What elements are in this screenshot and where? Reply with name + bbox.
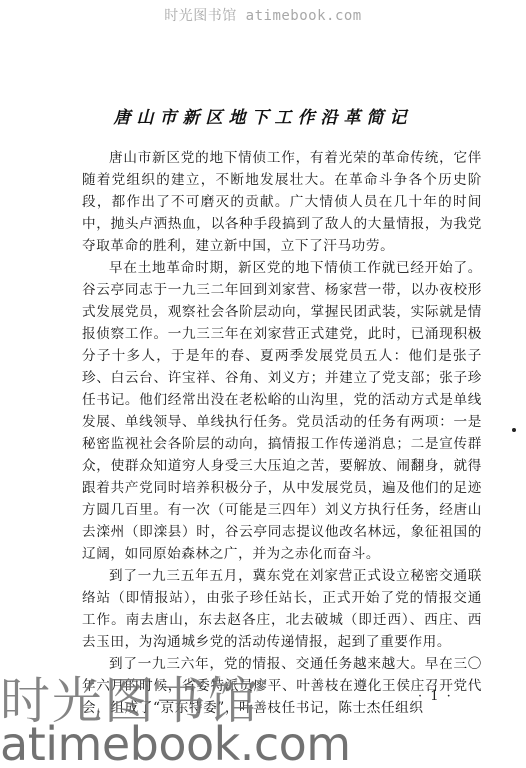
margin-dot-mark [512,428,516,432]
document-title: 唐山市新区地下工作沿革简记 [0,103,526,128]
bottom-watermark-en: atimebook.com [0,720,351,768]
paragraph-3: 到了一九三五年五月，冀东党在刘家营正式设立秘密交通联络站（即情报站），由张子珍任… [82,565,482,653]
paragraph-2: 早在土地革命时期，新区党的地下情侦工作就已经开始了。谷云亭同志于一九三二年回到刘… [82,257,482,565]
top-watermark: 时光图书馆 atimebook.com [0,5,526,25]
document-body: 唐山市新区党的地下情侦工作，有着光荣的革命传统，它伴随着党组织的建立，不断地发展… [82,147,482,719]
paragraph-1: 唐山市新区党的地下情侦工作，有着光荣的革命传统，它伴随着党组织的建立，不断地发展… [82,147,482,257]
page-number: · 1 · [418,689,453,704]
